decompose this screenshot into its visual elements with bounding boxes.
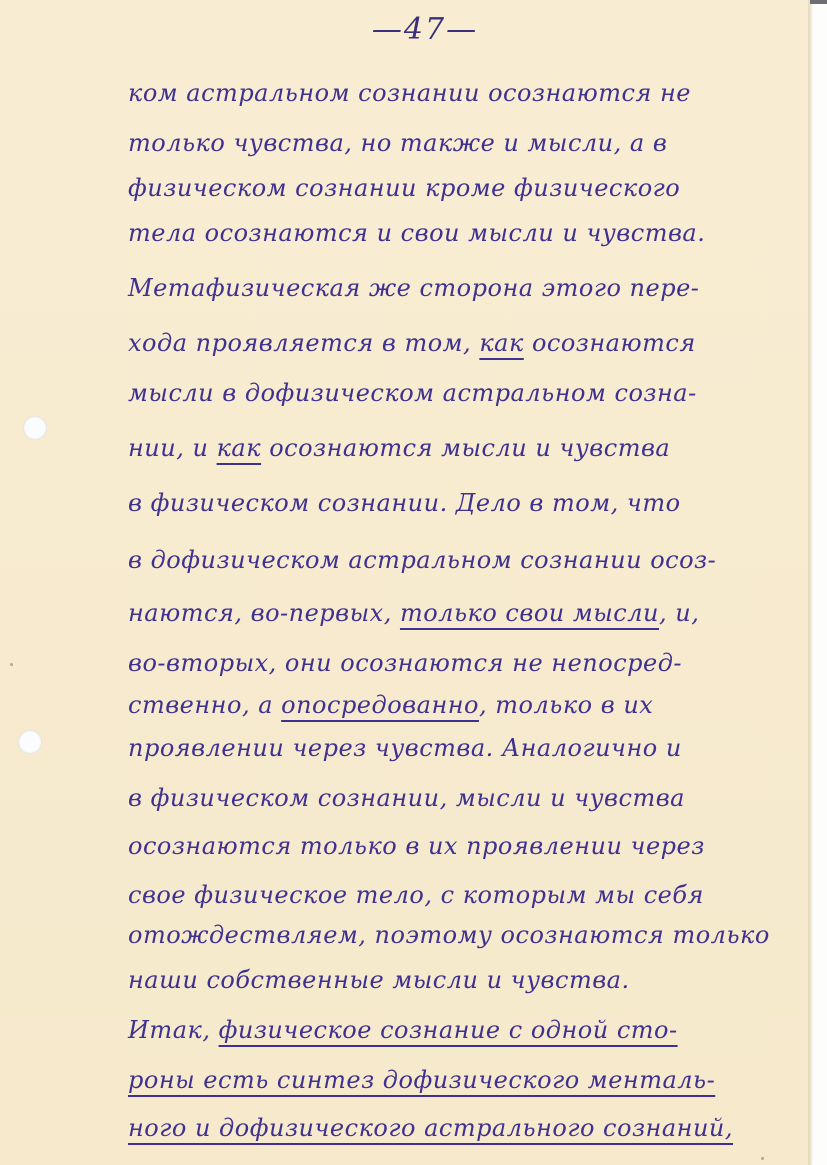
- underlined-phrase: как: [479, 329, 523, 357]
- text-line: наются, во-первых, только свои мысли, и,: [128, 598, 788, 628]
- page-edge-shadow: [808, 0, 812, 1165]
- text-segment: , и,: [659, 599, 699, 627]
- text-line: в физическом сознании. Дело в том, что: [128, 488, 788, 518]
- text-line: тела осознаются и свои мысли и чувства.: [128, 218, 788, 248]
- text-line: свое физическое тело, с которым мы себя: [128, 880, 788, 910]
- text-segment: мысли в дофизическом астральном созна-: [128, 379, 697, 407]
- text-line: в физическом сознании, мысли и чувства: [128, 783, 788, 813]
- text-line: ственно, а опосредованно, только в их: [128, 690, 788, 720]
- text-segment: осознаются: [524, 329, 696, 357]
- underlined-phrase: опосредованно: [281, 691, 479, 719]
- underlined-phrase: как: [217, 434, 261, 462]
- underlined-phrase: только свои мысли: [400, 599, 659, 627]
- text-segment: , только в их: [479, 691, 653, 719]
- text-line: проявлении через чувства. Аналогично и: [128, 733, 788, 763]
- text-segment: наши собственные мысли и чувства.: [128, 966, 630, 994]
- text-segment: наются, во-первых,: [128, 599, 400, 627]
- punch-hole-bottom: [18, 730, 42, 754]
- text-line: Метафизическая же сторона этого пере-: [128, 273, 788, 303]
- text-segment: ственно, а: [128, 691, 281, 719]
- punch-hole-top: [23, 416, 47, 440]
- text-segment: Итак,: [128, 1016, 219, 1044]
- text-segment: свое физическое тело, с которым мы себя: [128, 881, 704, 909]
- text-line: мысли в дофизическом астральном созна-: [128, 378, 788, 408]
- text-segment: ком астральном сознании осознаются не: [128, 79, 691, 107]
- text-line: во-вторых, они осознаются не непосред-: [128, 648, 788, 678]
- text-line: ком астральном сознании осознаются не: [128, 78, 788, 108]
- scanner-edge: [810, 0, 827, 4]
- text-segment: в дофизическом астральном сознании осоз-: [128, 546, 716, 574]
- text-line: наши собственные мысли и чувства.: [128, 965, 788, 995]
- text-segment: Метафизическая же сторона этого пере-: [128, 274, 699, 302]
- text-segment: тела осознаются и свои мысли и чувства.: [128, 219, 705, 247]
- text-line: в дофизическом астральном сознании осоз-: [128, 545, 788, 575]
- paper-speck: [761, 1157, 764, 1160]
- text-line: роны есть синтез дофизического менталь-: [128, 1065, 788, 1095]
- text-segment: проявлении через чувства. Аналогично и: [128, 734, 682, 762]
- text-line: нии, и как осознаются мысли и чувства: [128, 433, 788, 463]
- page-number: —47—: [360, 12, 490, 47]
- text-line: отождествляем, поэтому осознаются только: [128, 920, 788, 950]
- text-segment: во-вторых, они осознаются не непосред-: [128, 649, 682, 677]
- text-segment: осознаются только в их проявлении через: [128, 832, 705, 860]
- manuscript-page: —47— ком астральном сознании осознаются …: [0, 0, 811, 1165]
- text-line: только чувства, но также и мысли, а в: [128, 128, 788, 158]
- text-segment: нии, и: [128, 434, 217, 462]
- text-line: Итак, физическое сознание с одной сто-: [128, 1015, 788, 1045]
- text-line: физическом сознании кроме физического: [128, 173, 788, 203]
- underlined-phrase: ного и дофизического астрального сознани…: [128, 1114, 733, 1142]
- text-segment: в физическом сознании, мысли и чувства: [128, 784, 685, 812]
- underlined-phrase: физическое сознание с одной сто-: [219, 1016, 678, 1044]
- text-segment: только чувства, но также и мысли, а в: [128, 129, 667, 157]
- text-segment: в физическом сознании. Дело в том, что: [128, 489, 681, 517]
- paper-speck: [10, 663, 13, 666]
- text-line: хода проявляется в том, как осознаются: [128, 328, 788, 358]
- text-line: осознаются только в их проявлении через: [128, 831, 788, 861]
- text-segment: отождествляем, поэтому осознаются только: [128, 921, 770, 949]
- text-line: ного и дофизического астрального сознани…: [128, 1113, 788, 1143]
- underlined-phrase: роны есть синтез дофизического менталь-: [128, 1066, 715, 1094]
- text-segment: физическом сознании кроме физического: [128, 174, 680, 202]
- text-segment: осознаются мысли и чувства: [261, 434, 670, 462]
- text-segment: хода проявляется в том,: [128, 329, 479, 357]
